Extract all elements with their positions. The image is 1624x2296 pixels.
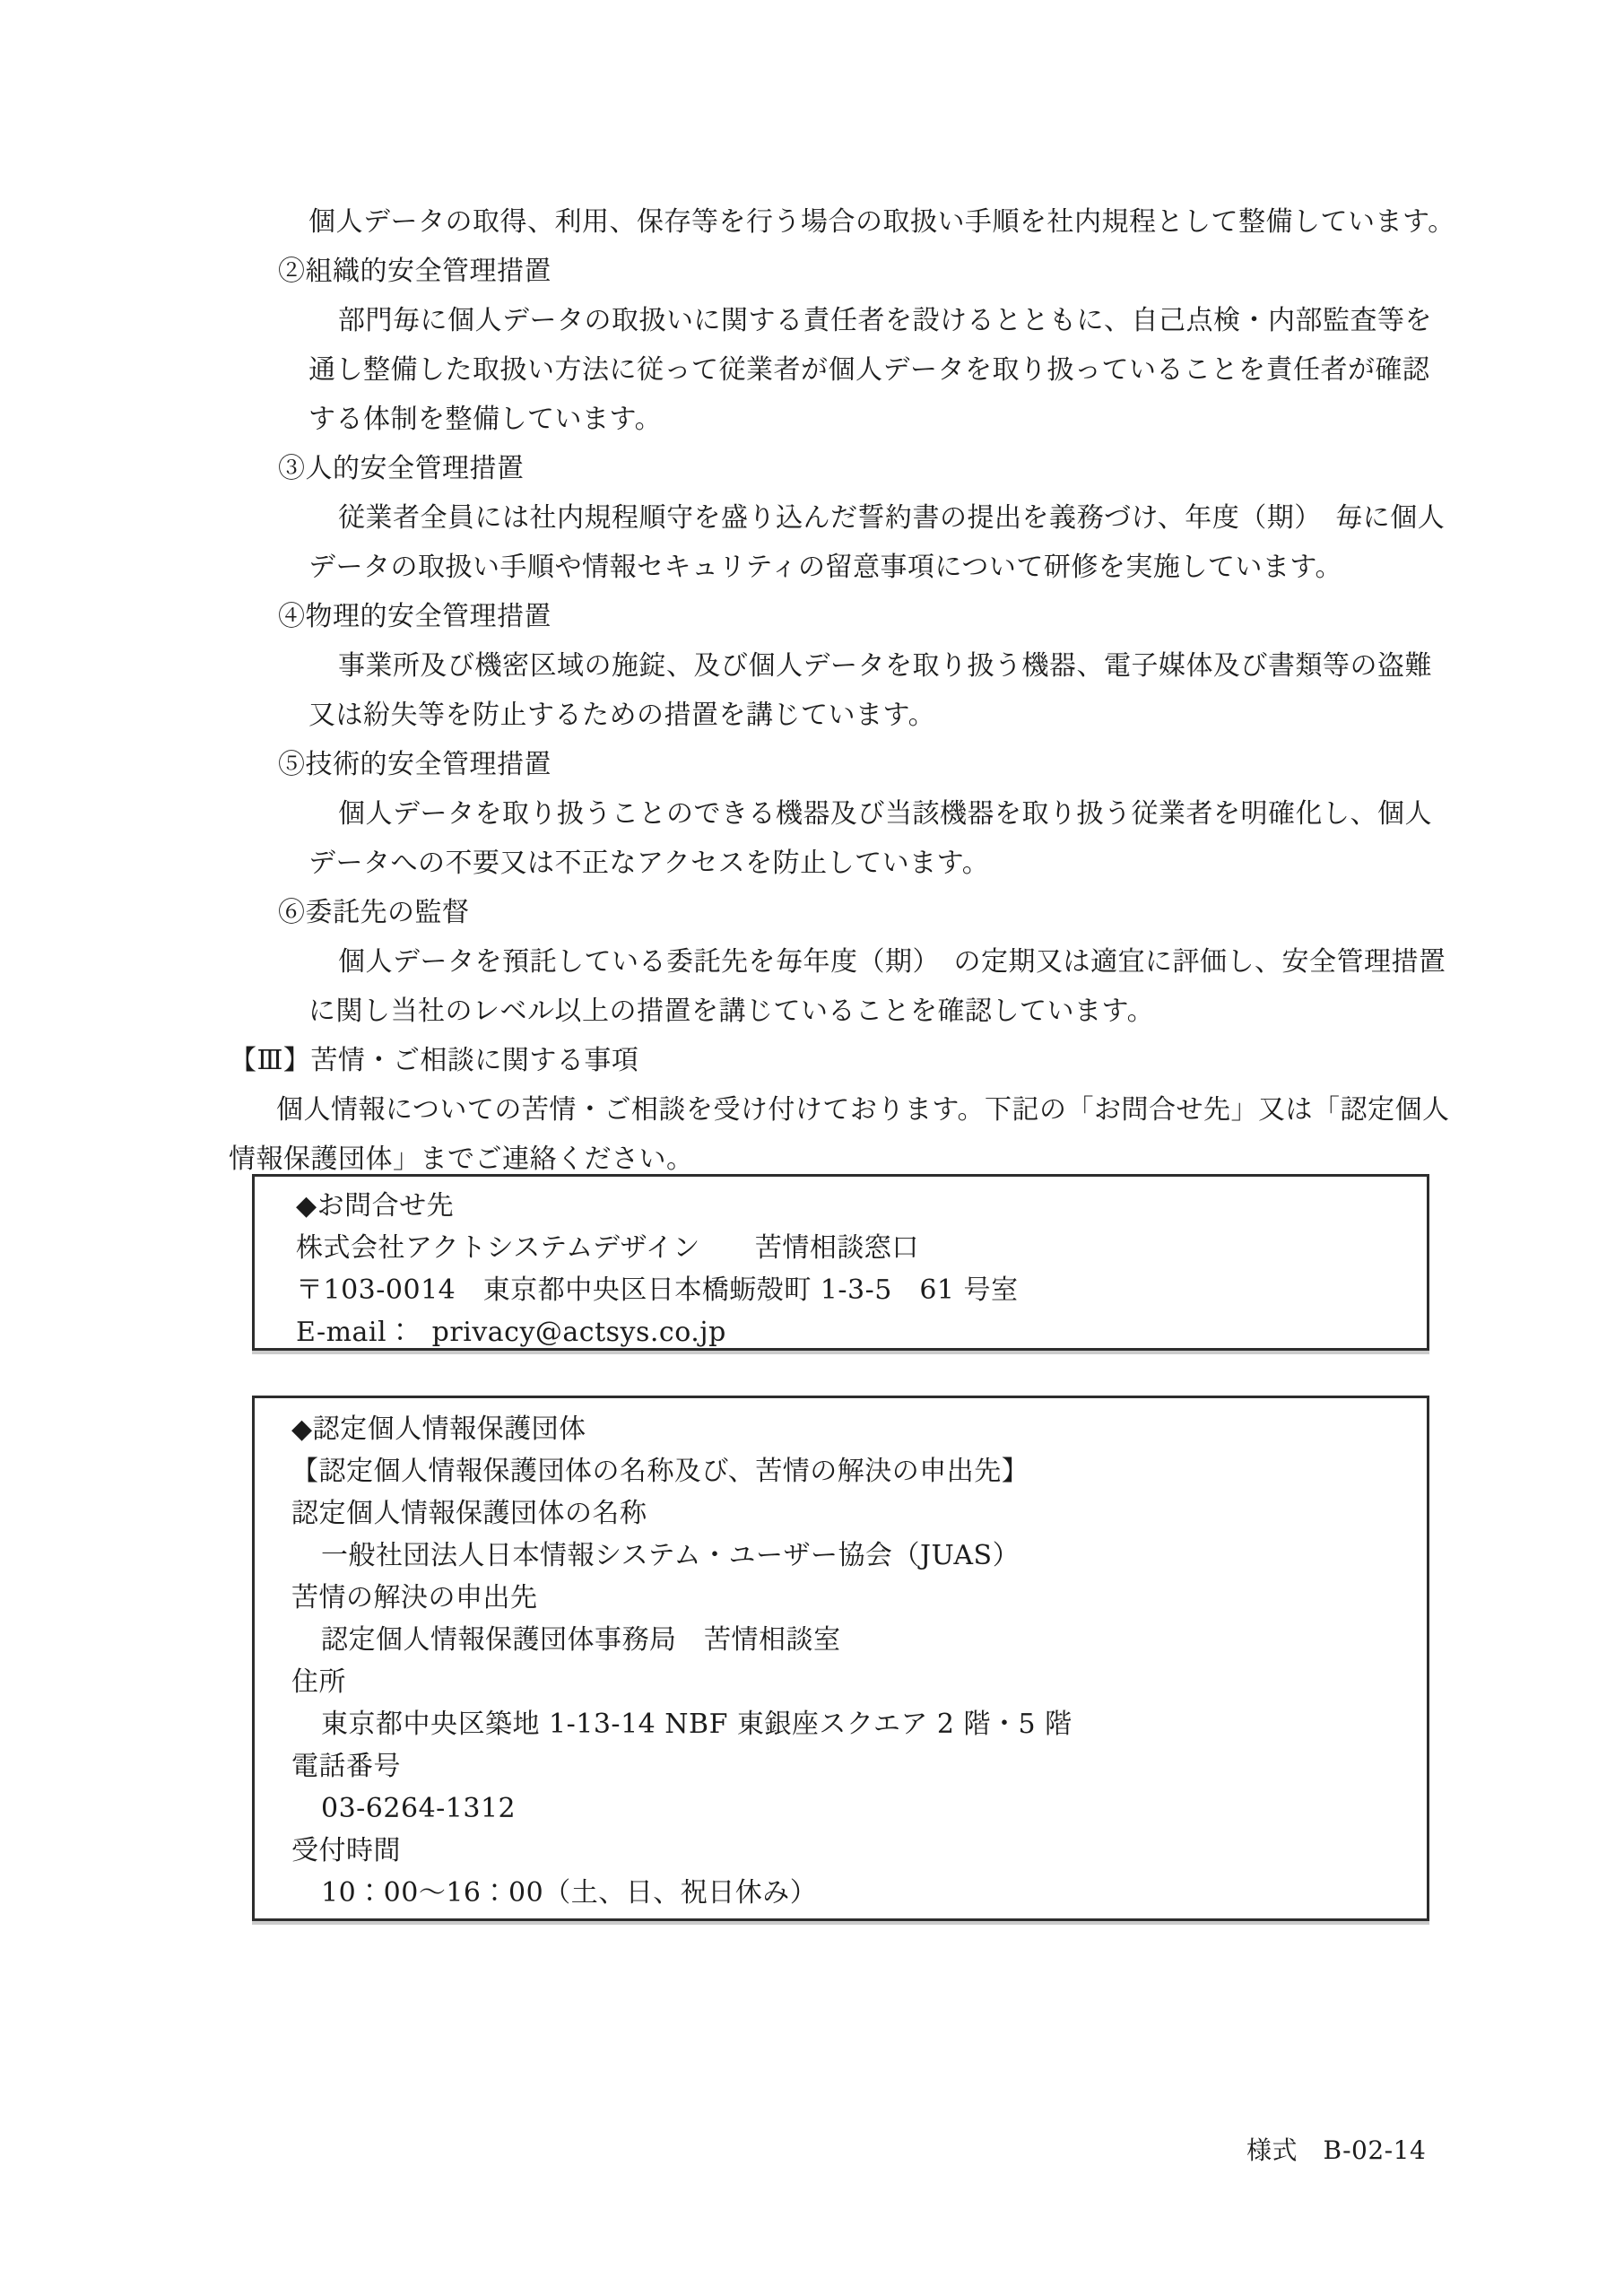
heading-technical-measures: ⑤技術的安全管理措置 [278, 740, 1624, 789]
phone-value: 03-6264-1312 [291, 1787, 1411, 1830]
form-number: 様式 B-02-14 [1246, 2135, 1426, 2166]
heading-organizational-measures: ②組織的安全管理措置 [278, 247, 1624, 296]
document-page: 個人データの取得、利用、保存等を行う場合の取扱い手順を社内規程として整備していま… [0, 0, 1624, 2296]
heading-section-3-complaints: 【Ⅲ】苦情・ご相談に関する事項 [230, 1036, 1624, 1085]
company-name-line: 株式会社アクトシステムデザイン 苦情相談窓口 [296, 1227, 1411, 1269]
text-line: 通し整備した取扱い方法に従って従業者が個人データを取り扱っていることを責任者が確… [308, 345, 1624, 395]
org-box: ◆認定個人情報保護団体 【認定個人情報保護団体の名称及び、苦情の解決の申出先】 … [252, 1396, 1429, 1921]
text-line: 部門毎に個人データの取扱いに関する責任者を設けるとともに、自己点検・内部監査等を [338, 296, 1624, 345]
address-label: 住所 [291, 1661, 1411, 1703]
complaint-office-label: 苦情の解決の申出先 [291, 1577, 1411, 1619]
text-line: する体制を整備しています。 [308, 395, 1624, 444]
contact-box-title: ◆お問合せ先 [296, 1185, 1411, 1227]
text-line: 個人データを預託している委託先を毎年度（期） の定期又は適宜に評価し、安全管理措… [338, 937, 1624, 987]
body-text: 個人データの取得、利用、保存等を行う場合の取扱い手順を社内規程として整備していま… [0, 197, 1624, 1184]
hours-value: 10：00～16：00（土、日、祝日休み） [291, 1872, 1411, 1914]
contact-box: ◆お問合せ先 株式会社アクトシステムデザイン 苦情相談窓口 〒103-0014 … [252, 1174, 1429, 1351]
hours-label: 受付時間 [291, 1830, 1411, 1872]
company-email-line: E-mail： privacy@actsys.co.jp [296, 1311, 1411, 1353]
complaint-office-value: 認定個人情報保護団体事務局 苦情相談室 [291, 1619, 1411, 1661]
org-box-title: ◆認定個人情報保護団体 [291, 1408, 1411, 1450]
org-name-label: 認定個人情報保護団体の名称 [291, 1492, 1411, 1535]
text-line: 事業所及び機密区域の施錠、及び個人データを取り扱う機器、電子媒体及び書類等の盗難 [338, 641, 1624, 691]
text-line: 従業者全員には社内規程順守を盛り込んだ誓約書の提出を義務づけ、年度（期） 毎に個… [338, 493, 1624, 543]
text-line: データの取扱い手順や情報セキュリティの留意事項について研修を実施しています。 [308, 543, 1624, 592]
company-address-line: 〒103-0014 東京都中央区日本橋蛎殻町 1-3-5 61 号室 [296, 1269, 1411, 1311]
text-line: に関し当社のレベル以上の措置を講じていることを確認しています。 [308, 987, 1624, 1036]
phone-label: 電話番号 [291, 1745, 1411, 1787]
org-name-value: 一般社団法人日本情報システム・ユーザー協会（JUAS） [291, 1535, 1411, 1577]
text-line: 個人情報についての苦情・ご相談を受け付けております。下記の「お問合せ先」又は「認… [276, 1085, 1624, 1135]
text-line: 個人データの取得、利用、保存等を行う場合の取扱い手順を社内規程として整備していま… [308, 197, 1624, 247]
org-box-subtitle: 【認定個人情報保護団体の名称及び、苦情の解決の申出先】 [291, 1450, 1411, 1492]
heading-physical-measures: ④物理的安全管理措置 [278, 592, 1624, 641]
heading-personnel-measures: ③人的安全管理措置 [278, 444, 1624, 493]
address-value: 東京都中央区築地 1-13-14 NBF 東銀座スクエア 2 階・5 階 [291, 1703, 1411, 1745]
text-line: 又は紛失等を防止するための措置を講じています。 [308, 691, 1624, 740]
text-line: 個人データを取り扱うことのできる機器及び当該機器を取り扱う従業者を明確化し、個人 [338, 789, 1624, 839]
text-line: データへの不要又は不正なアクセスを防止しています。 [308, 839, 1624, 888]
heading-contractor-supervision: ⑥委託先の監督 [278, 888, 1624, 937]
